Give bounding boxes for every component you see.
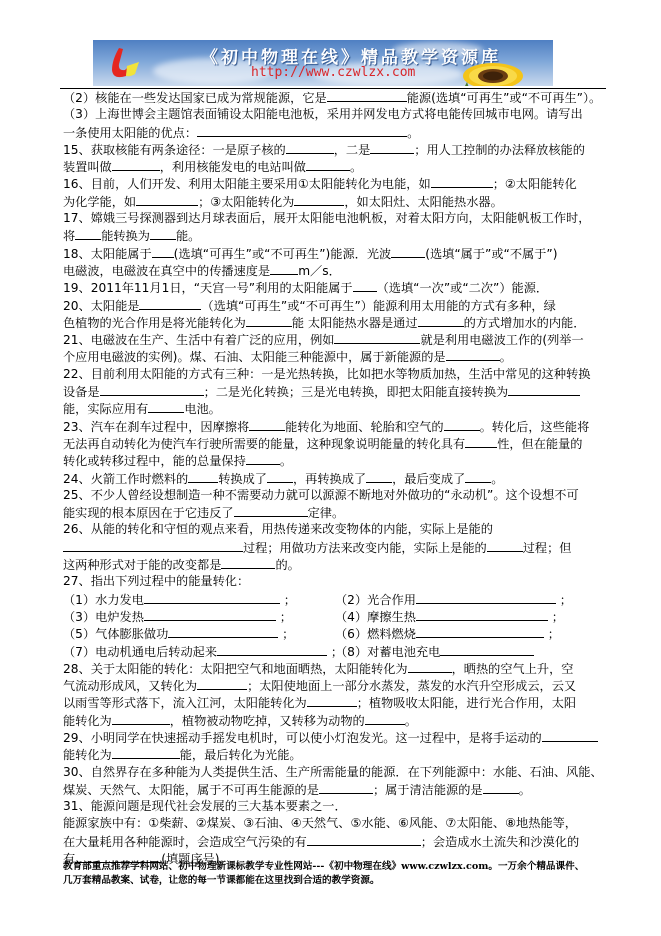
text-line: 将能转换为能。 — [63, 227, 611, 244]
line-text: m／s． — [298, 264, 341, 278]
line-text: ，晒热的空气上升，空 — [452, 662, 574, 676]
line-text: ；属于清洁能源的是 — [373, 783, 483, 797]
text-line: 这两种形式对于能的改变都是的。 — [63, 556, 611, 573]
text-line: 无法再自动转化为使汽车行驶所需要的能量，这种现象说明能量的转化具有性，但在能量的 — [63, 435, 611, 452]
line-text: 能。 — [176, 229, 200, 243]
line-text: ；③太阳能转化为 — [198, 195, 294, 209]
text-line: 23、汽车在刹车过程中，因摩擦将能转化为地面、轮胎和空气的。转化后，这些能将 — [63, 418, 611, 435]
text-line: 气流动形成风，又转化为；太阳使地面上一部分水蒸发，蒸发的水汽升空形成云，云又 — [63, 677, 611, 694]
text-line: 能源家族中有：①柴薪、②煤炭、③石油、④天然气、⑤水能、⑥风能、⑦太阳能、⑧地热… — [63, 815, 611, 832]
answer-blank[interactable] — [112, 158, 160, 171]
line-text: (选填“可再生”或“不可再生”)能源．光波 — [174, 247, 392, 261]
line-text: 就是利用电磁波工作的(列举一 — [420, 333, 583, 347]
line-text: ，植物被动物吃掉，又转移为动物的 — [170, 714, 365, 728]
text-line: 29、小明同学在快速摇动手摇发电机时，可以使小灯泡发光。这一过程中，是将手运动的 — [63, 729, 611, 746]
line-text: 22、目前利用太阳能的方式有三种：一是光热转换，比如把水等物质加热，生活中常见的… — [63, 367, 590, 381]
text-line: 28、关于太阳能的转化：太阳把空气和地面晒热，太阳能转化为，晒热的空气上升，空 — [63, 660, 611, 677]
q27-item-end: ； — [276, 610, 292, 624]
lw-logo-icon — [105, 46, 141, 82]
line-text: 能源(选填“可再生”或“不可再生”）。 — [407, 91, 602, 105]
line-text: 转化或转移过程中，能的总量保持 — [63, 454, 246, 468]
q27-item-label: （2）光合作用 — [335, 593, 416, 607]
line-text: 能转化为 — [63, 748, 112, 762]
line-text: （选填“一次”或“二次”）能源． — [377, 281, 549, 295]
line-text: 。 — [407, 126, 419, 140]
answer-blank[interactable] — [319, 781, 373, 794]
line-text: 能转换为 — [101, 229, 150, 243]
text-line: 以雨雪等形式落下，流入江河，太阳能转化为；植物吸收太阳能，进行光合作用，太阳 — [63, 694, 611, 711]
line-text: 16、目前，人们开发、利用太阳能主要采用①太阳能转化为电能，如 — [63, 177, 431, 191]
sunflower-icon — [455, 54, 525, 86]
answer-blank[interactable] — [234, 504, 308, 517]
answer-blank[interactable] — [246, 452, 280, 465]
line-text: ；太阳使地面上一部分水蒸发，蒸发的水汽升空形成云，云又 — [247, 679, 576, 693]
answer-blank[interactable] — [221, 556, 275, 569]
text-line: 转化或转移过程中，能的总量保持。 — [63, 452, 611, 469]
q27-item-label: （3）电炉发热 — [63, 610, 144, 624]
answer-blank[interactable] — [270, 262, 298, 275]
line-text: 电磁波，电磁波在真空中的传播速度是 — [63, 264, 270, 278]
line-text: 。转化后，这些能将 — [480, 420, 590, 434]
text-line: 设备是；二是光化转换；三是光电转换，即把太阳能直接转换为 — [63, 383, 611, 400]
text-line: 煤炭、天然气、太阳能，属于不可再生能源的是；属于清洁能源的是。 — [63, 781, 611, 798]
line-text: 能源家族中有：①柴薪、②煤炭、③石油、④天然气、⑤水能、⑥风能、⑦太阳能、⑧地热… — [63, 816, 577, 830]
line-text: 。 — [280, 454, 292, 468]
line-text: 能实现的根本原因在于它违反了 — [63, 506, 234, 520]
text-line: 为化学能，如；③太阳能转化为，如太阳灶、太阳能热水器。 — [63, 193, 611, 210]
answer-blank[interactable] — [418, 314, 464, 327]
text-line: 31、能源问题是现代社会发展的三大基本要素之一． — [63, 798, 611, 815]
text-line: 25、不少人曾经设想制造一种不需要动力就可以源源不断地对外做功的“永动机”。这个… — [63, 487, 611, 504]
q27-item-end: ； — [278, 627, 294, 641]
line-text: 定律。 — [308, 506, 345, 520]
q27-item-label: （8）对蓄电池充电 — [335, 645, 440, 659]
text-line: 一条使用太阳能的优点：。 — [63, 124, 611, 141]
text-line: 16、目前，人们开发、利用太阳能主要采用①太阳能转化为电能，如；②太阳能转化 — [63, 175, 611, 192]
line-text: 27、指出下列过程中的能量转化： — [63, 574, 249, 588]
line-text: 电池。 — [184, 402, 221, 416]
answer-blank[interactable] — [197, 677, 247, 690]
line-text: 的方式增加水的内能． — [464, 316, 586, 330]
answer-blank[interactable] — [366, 470, 392, 483]
line-text: 20、太阳能是 — [63, 299, 139, 313]
answer-blank[interactable] — [391, 245, 425, 258]
q27-item-label: （7）电动机通电后转动起来 — [63, 645, 217, 659]
line-text: 。 — [405, 714, 417, 728]
line-text: 个应用电磁波的实例)。煤、石油、太阳能三种能源中，属于新能源的是 — [63, 350, 446, 364]
q27-item-label: （6）燃料燃烧 — [335, 627, 416, 641]
q27-item: （2）光合作用 ； — [335, 591, 572, 609]
text-line: 21、电磁波在生产、生活中有着广泛的应用，例如就是利用电磁波工作的(列举一 — [63, 331, 611, 348]
line-text: ；会造成水土流失和沙漠化的 — [421, 835, 579, 849]
line-text: ，最后变成了 — [392, 472, 465, 486]
answer-blank[interactable] — [150, 227, 176, 240]
line-text: 无法再自动转化为使汽车行驶所需要的能量，这种现象说明能量的转化具有 — [63, 437, 465, 451]
line-text: ，如太阳灶、太阳能热水器。 — [344, 195, 502, 209]
answer-blank[interactable] — [168, 625, 278, 638]
line-text: 在大量耗用各种能源时，会造成空气污染的有 — [63, 835, 307, 849]
line-text: 19、2011年11月1日，“天宫一号”利用的太阳能属于 — [63, 281, 353, 295]
footer-line-2: 几万套精品教案、试卷，让您的每一节课都能在这里找到合适的教学资源。 — [63, 874, 611, 888]
answer-blank[interactable] — [144, 608, 276, 621]
text-line: 15、获取核能有两条途径：一是原子核的，二是；用人工控制的办法释放核能的 — [63, 141, 611, 158]
answer-blank[interactable] — [306, 158, 350, 171]
answer-blank[interactable] — [217, 643, 327, 656]
answer-blank[interactable] — [286, 141, 334, 154]
answer-blank[interactable] — [444, 418, 480, 431]
q27-item-end: ； — [556, 593, 572, 607]
q27-item: （8）对蓄电池充电 — [335, 643, 534, 661]
text-line: 装置叫做，利用核能发电的电站叫做。 — [63, 158, 611, 175]
worksheet-body: （2）核能在一些发达国家已成为常规能源，它是能源(选填“可再生”或“不可再生”）… — [63, 89, 611, 867]
answer-blank[interactable] — [307, 833, 421, 846]
line-text: 15、获取核能有两条途径：一是原子核的 — [63, 143, 286, 157]
q27-item: （4）摩擦生热 ； — [335, 608, 564, 626]
text-line: 27、指出下列过程中的能量转化： — [63, 573, 611, 590]
answer-blank[interactable] — [487, 539, 523, 552]
line-text: 以雨雪等形式落下，流入江河，太阳能转化为 — [63, 696, 307, 710]
q27-row: （1）水力发电 ；（2）光合作用 ； — [63, 591, 611, 608]
answer-blank[interactable] — [63, 539, 243, 552]
footer: 教育部重点推荐学科网站、初中物理新课标教学专业性网站---《初中物理在线》www… — [63, 860, 611, 888]
answer-blank[interactable] — [542, 729, 598, 742]
answer-blank[interactable] — [327, 89, 407, 102]
question-lines-part2: 28、关于太阳能的转化：太阳把空气和地面晒热，太阳能转化为，晒热的空气上升，空气… — [63, 660, 611, 868]
line-text: 能，最后转化为光能。 — [180, 748, 302, 762]
q27-item: （1）水力发电 ； — [63, 591, 335, 609]
answer-blank[interactable] — [353, 279, 377, 292]
answer-blank[interactable] — [294, 193, 344, 206]
answer-blank[interactable] — [148, 400, 184, 413]
line-text: 。 — [350, 160, 362, 174]
q27-item: （3）电炉发热 ； — [63, 608, 335, 626]
line-text: 煤炭、天然气、太阳能，属于不可再生能源的是 — [63, 783, 319, 797]
line-text: ，二是 — [334, 143, 371, 157]
answer-blank[interactable] — [112, 746, 180, 759]
line-text: 为化学能，如 — [63, 195, 136, 209]
q27-item-label: （5）气体膨胀做功 — [63, 627, 168, 641]
line-text: 21、电磁波在生产、生活中有着广泛的应用，例如 — [63, 333, 334, 347]
line-text: 18、太阳能属于 — [63, 247, 152, 261]
line-text: ，再转换成了 — [293, 472, 366, 486]
text-line: 24、火箭工作时燃料的转换成了，再转换成了，最后变成了。 — [63, 470, 611, 487]
text-line: 17、嫦娥三号探测器到达月球表面后，展开太阳能电池帆板，对着太阳方向，太阳能帆板… — [63, 210, 611, 227]
answer-blank[interactable] — [139, 297, 201, 310]
q27-items: （1）水力发电 ；（2）光合作用 ；（3）电炉发热 ；（4）摩擦生热 ；（5）气… — [63, 591, 611, 660]
text-line: 19、2011年11月1日，“天宫一号”利用的太阳能属于（选填“一次”或“二次”… — [63, 279, 611, 296]
answer-blank[interactable] — [465, 435, 497, 448]
line-text: 能转化为 — [63, 714, 112, 728]
answer-blank[interactable] — [465, 470, 491, 483]
q27-item-end: ； — [548, 610, 564, 624]
q27-row: （5）气体膨胀做功 ；（6）燃料燃烧 ； — [63, 625, 611, 642]
q27-item: （5）气体膨胀做功 ； — [63, 625, 335, 643]
answer-blank[interactable] — [370, 141, 414, 154]
line-text: 能，实际应用有 — [63, 402, 148, 416]
text-line: 18、太阳能属于(选填“可再生”或“不可再生”)能源．光波(选填“属于”或“不属… — [63, 245, 611, 262]
q27-row: （3）电炉发热 ；（4）摩擦生热 ； — [63, 608, 611, 625]
answer-blank[interactable] — [249, 418, 285, 431]
line-text: 将 — [63, 229, 75, 243]
header-banner: 《初中物理在线》精品教学资源库 http://www.czwlzx.com — [93, 40, 553, 86]
text-line: 能转化为能，最后转化为光能。 — [63, 746, 611, 763]
line-text: ；②太阳能转化 — [493, 177, 577, 191]
answer-blank[interactable] — [100, 383, 204, 396]
line-text: 过程；但 — [523, 541, 572, 555]
answer-blank[interactable] — [152, 245, 174, 258]
line-text: 这两种形式对于能的改变都是 — [63, 558, 221, 572]
answer-blank[interactable] — [416, 591, 556, 604]
text-line: 能实现的根本原因在于它违反了定律。 — [63, 504, 611, 521]
answer-blank[interactable] — [144, 591, 280, 604]
line-text: ；二是光化转换；三是光电转换，即把太阳能直接转换为 — [204, 385, 509, 399]
answer-blank[interactable] — [483, 781, 519, 794]
line-text: （选填“可再生”或“不可再生”）能源利用太用能的方式有多种，绿 — [201, 299, 555, 313]
text-line: 26、从能的转化和守恒的观点来看，用热传递来改变物体的内能，实际上是能的 — [63, 521, 611, 538]
text-line: 电磁波，电磁波在真空中的传播速度是m／s． — [63, 262, 611, 279]
question-lines-part1: （2）核能在一些发达国家已成为常规能源，它是能源(选填“可再生”或“不可再生”）… — [63, 89, 611, 591]
banner-url: http://www.czwlzx.com — [251, 65, 415, 80]
line-text: 气流动形成风，又转化为 — [63, 679, 197, 693]
text-line: 在大量耗用各种能源时，会造成空气污染的有；会造成水土流失和沙漠化的 — [63, 833, 611, 850]
q27-item: （7）电动机通电后转动起来 ； — [63, 643, 335, 661]
answer-blank[interactable] — [112, 712, 170, 725]
line-text: 一条使用太阳能的优点： — [63, 126, 197, 140]
q27-item-end: ； — [544, 627, 560, 641]
line-text: （3）上海世博会主题馆表面铺设太阳能电池板，采用并网发电方式将电能传回城市电网。… — [63, 107, 583, 121]
text-line: 22、目前利用太阳能的方式有三种：一是光热转换，比如把水等物质加热，生活中常见的… — [63, 366, 611, 383]
answer-blank[interactable] — [307, 694, 357, 707]
q27-row: （7）电动机通电后转动起来 ；（8）对蓄电池充电 — [63, 643, 611, 660]
text-line: 20、太阳能是（选填“可再生”或“不可再生”）能源利用太用能的方式有多种，绿 — [63, 297, 611, 314]
line-text: 29、小明同学在快速摇动手摇发电机时，可以使小灯泡发光。这一过程中，是将手运动的 — [63, 731, 542, 745]
line-text: 31、能源问题是现代社会发展的三大基本要素之一． — [63, 799, 347, 813]
line-text: ；用人工控制的办法释放核能的 — [414, 143, 585, 157]
line-text: 的。 — [275, 558, 299, 572]
line-text: 28、关于太阳能的转化：太阳把空气和地面晒热，太阳能转化为 — [63, 662, 408, 676]
answer-blank[interactable] — [188, 470, 218, 483]
text-line: （3）上海世博会主题馆表面铺设太阳能电池板，采用并网发电方式将电能传回城市电网。… — [63, 106, 611, 123]
text-line: 过程；用做功方法来改变内能，实际上是能的过程；但 — [63, 539, 611, 556]
q27-item-label: （4）摩擦生热 — [335, 610, 416, 624]
answer-blank[interactable] — [136, 193, 198, 206]
text-line: 能，实际应用有电池。 — [63, 400, 611, 417]
answer-blank[interactable] — [416, 608, 548, 621]
line-text: (选填“属于”或“不属于”) — [425, 247, 557, 261]
text-line: 色植物的光合作用是将光能转化为能 太阳能热水器是通过的方式增加水的内能． — [63, 314, 611, 331]
line-text: 色植物的光合作用是将光能转化为 — [63, 316, 246, 330]
line-text: 23、汽车在刹车过程中，因摩擦将 — [63, 420, 249, 434]
text-line: 能转化为，植物被动物吃掉，又转移为动物的。 — [63, 712, 611, 729]
text-line: 个应用电磁波的实例)。煤、石油、太阳能三种能源中，属于新能源的是。 — [63, 348, 611, 365]
line-text: 。 — [519, 783, 531, 797]
answer-blank[interactable] — [267, 470, 293, 483]
answer-blank[interactable] — [508, 383, 580, 396]
line-text: 能转化为地面、轮胎和空气的 — [285, 420, 443, 434]
line-text: ；植物吸收太阳能，进行光合作用，太阳 — [357, 696, 576, 710]
text-line: （2）核能在一些发达国家已成为常规能源，它是能源(选填“可再生”或“不可再生”）… — [63, 89, 611, 106]
line-text: 30、自然界存在多种能为人类提供生活、生产所需能量的能源．在下列能源中：水能、石… — [63, 765, 603, 779]
answer-blank[interactable] — [365, 712, 405, 725]
line-text: 能 太阳能热水器是通过 — [292, 316, 418, 330]
line-text: 装置叫做 — [63, 160, 112, 174]
line-text: 26、从能的转化和守恒的观点来看，用热传递来改变物体的内能，实际上是能的 — [63, 522, 493, 536]
line-text: 过程；用做功方法来改变内能，实际上是能的 — [243, 541, 487, 555]
answer-blank[interactable] — [440, 643, 534, 656]
answer-blank[interactable] — [408, 660, 452, 673]
answer-blank[interactable] — [246, 314, 292, 327]
line-text: 24、火箭工作时燃料的 — [63, 472, 188, 486]
q27-item-label: （1）水力发电 — [63, 593, 144, 607]
answer-blank[interactable] — [75, 227, 101, 240]
line-text: 。 — [500, 350, 512, 364]
answer-blank[interactable] — [334, 331, 420, 344]
line-text: 25、不少人曾经设想制造一种不需要动力就可以源源不断地对外做功的“永动机”。这个… — [63, 488, 579, 502]
line-text: 。 — [491, 472, 503, 486]
line-text: 17、嫦娥三号探测器到达月球表面后，展开太阳能电池帆板，对着太阳方向，太阳能帆板… — [63, 211, 590, 225]
line-text: ，利用核能发电的电站叫做 — [160, 160, 306, 174]
footer-line-1: 教育部重点推荐学科网站、初中物理新课标教学专业性网站---《初中物理在线》www… — [63, 860, 611, 874]
q27-item-end: ； — [280, 593, 296, 607]
answer-blank[interactable] — [197, 124, 407, 137]
line-text: 性，但在能量的 — [497, 437, 582, 451]
answer-blank[interactable] — [446, 348, 500, 361]
line-text: 设备是 — [63, 385, 100, 399]
text-line: 30、自然界存在多种能为人类提供生活、生产所需能量的能源．在下列能源中：水能、石… — [63, 764, 611, 781]
answer-blank[interactable] — [416, 625, 544, 638]
line-text: 转换成了 — [218, 472, 267, 486]
q27-item: （6）燃料燃烧 ； — [335, 625, 560, 643]
answer-blank[interactable] — [431, 175, 493, 188]
line-text: （2）核能在一些发达国家已成为常规能源，它是 — [63, 91, 327, 105]
